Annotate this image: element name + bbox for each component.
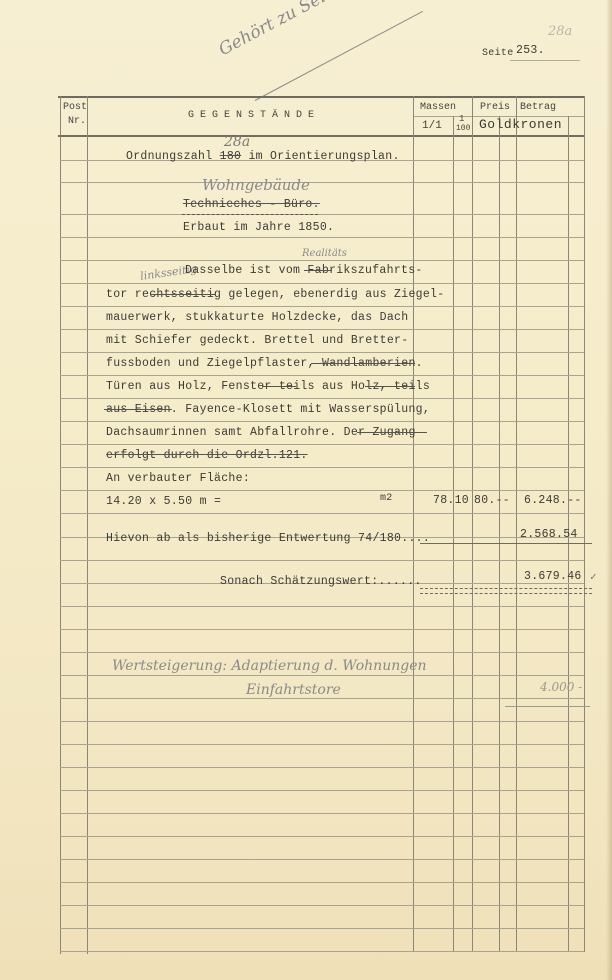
unit-price: 80.-- [474, 494, 510, 507]
area-formula: 14.20 x 5.50 m = [106, 495, 221, 508]
col-line-post [87, 96, 88, 954]
table-top-border [58, 96, 584, 98]
header-bottom-border [58, 135, 584, 137]
desc-line: mit Schiefer gedeckt. Brettel und Brette… [106, 334, 408, 347]
handwritten-amount: 4.000 - [540, 680, 582, 694]
estimate-double-rule [420, 588, 592, 594]
header-currency: Goldkronen [479, 117, 562, 132]
desc-line: mauerwerk, stukkaturte Holzdecke, das Da… [106, 311, 408, 324]
page-number: 253. [516, 44, 545, 57]
area-unit: m2 [380, 493, 393, 504]
col-line-massen-sub [453, 116, 454, 952]
area-value: 78.10 [433, 494, 469, 507]
handwritten-note-2: Einfahrtstore [246, 682, 341, 698]
desc-correction-realitaets: Realitäts [302, 248, 347, 259]
area-label: An verbauter Fläche: [106, 472, 250, 485]
col-line-preis-sub [499, 116, 500, 952]
header-post: Post [63, 102, 87, 113]
header-gegenstaende: G E G E N S T Ä N D E [188, 110, 314, 121]
col-line-preis [472, 96, 473, 952]
page-edge [606, 0, 612, 980]
title-struck: Technieches - Büro. [183, 198, 320, 211]
ordnungszahl-line: Ordnungszahl 180 im Orientierungsplan. [126, 150, 400, 163]
handwritten-rule [505, 706, 590, 707]
header-nr: Nr. [68, 116, 86, 127]
page-number-underline [510, 60, 580, 61]
title-underline-dashed [182, 214, 318, 215]
amount: 6.248.-- [524, 494, 582, 507]
header-massen-1-100-den: 100 [456, 124, 470, 133]
estimate-amount: 3.679.46 [524, 570, 582, 583]
corner-note: 28a [548, 24, 572, 39]
built-year: Erbaut im Jahre 1850. [183, 221, 334, 234]
deduction-rule [420, 543, 592, 544]
col-line-left [60, 96, 61, 954]
title-handwritten: Wohngebäude [202, 176, 310, 194]
header-massen-1-100-num: 1 [459, 114, 464, 124]
desc-line: erfolgt durch die Ordzl.121. [106, 449, 308, 462]
header-betrag: Betrag [520, 102, 556, 113]
col-line-betrag [516, 96, 517, 952]
handwritten-note-1: Wertsteigerung: Adaptierung d. Wohnungen [112, 658, 427, 674]
deduction-label: Hievon ab als bisherige Entwertung 74/18… [106, 532, 430, 545]
header-massen-1-1: 1/1 [422, 120, 442, 132]
check-mark-icon: ✓ [590, 570, 597, 584]
header-preis: Preis [480, 102, 510, 113]
ordnungszahl-correction: 28a [224, 134, 250, 150]
col-line-massen [413, 96, 414, 952]
deduction-amount: 2.568.54 [520, 528, 578, 541]
col-line-right [584, 96, 585, 952]
page-label: Seite [482, 48, 514, 59]
estimate-label: Sonach Schätzungswert:...... [220, 575, 422, 588]
header-massen: Massen [420, 102, 456, 113]
